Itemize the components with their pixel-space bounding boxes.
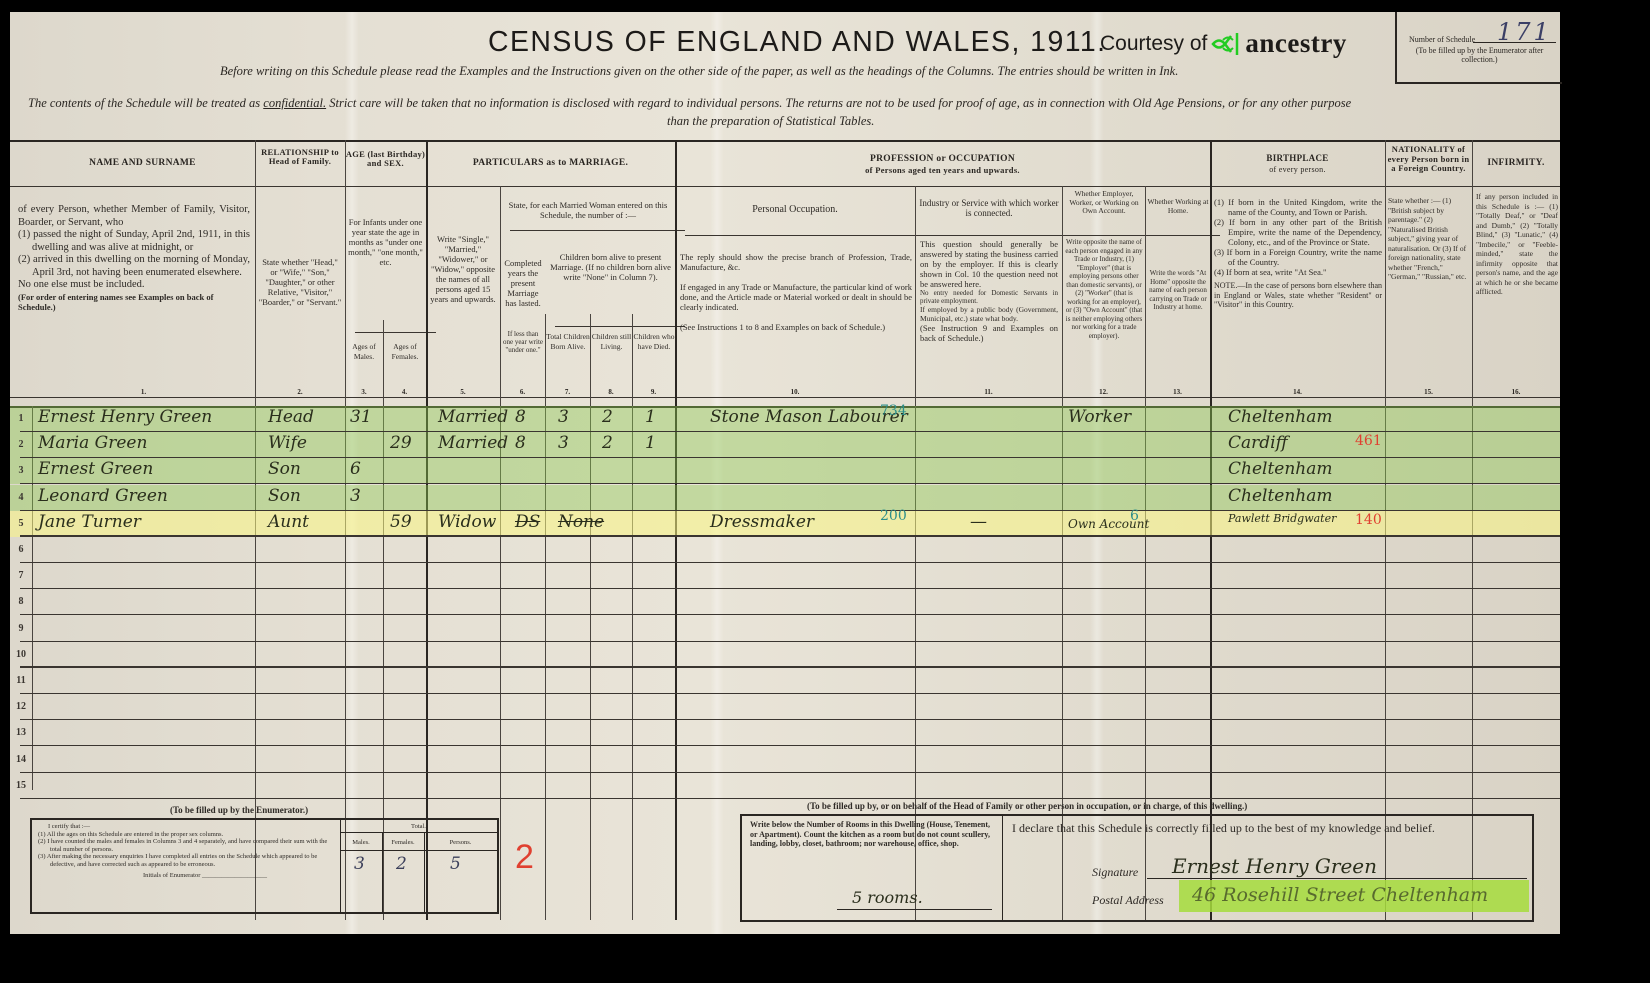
table-row: 9 [10, 616, 1560, 642]
completed-years-label: Completed years the present Marriage has… [502, 258, 544, 308]
children-died-label: Children who have Died. [633, 332, 675, 352]
page-title: CENSUS OF ENGLAND AND WALES, 1911. [488, 26, 1107, 59]
relationship-instructions: State whether "Head," or "Wife," "Son," … [258, 257, 342, 307]
total-persons-value: 5 [450, 854, 461, 874]
table-row: 4Leonard GreenSon3Cheltenham [10, 485, 1560, 511]
col-num-16: 16. [1472, 388, 1560, 396]
industry-instructions: This question should generally be answer… [920, 239, 1058, 343]
col-heading-relationship: RELATIONSHIP to Head of Family. [255, 148, 345, 166]
table-row: 13 [10, 720, 1560, 746]
col-heading-infirmity: INFIRMITY. [1472, 158, 1560, 169]
col-heading-marriage: PARTICULARS as to MARRIAGE. [426, 158, 675, 169]
personal-occupation-instructions: The reply should show the precise branch… [680, 252, 912, 332]
courtesy-ancestry[interactable]: Courtesy of ancestry [1100, 28, 1347, 59]
cell-years: 8 [515, 407, 526, 427]
col-num-12: 12. [1062, 388, 1145, 396]
cell-rel: Son [268, 486, 301, 506]
cell-bp-code: 140 [1355, 512, 1382, 528]
declaration-text: I declare that this Schedule is correctl… [1012, 822, 1435, 835]
ancestry-logo: ancestry [1245, 28, 1346, 59]
cell-years: DS [515, 512, 540, 532]
cell-died: 1 [645, 407, 656, 427]
ancestry-leaf-icon [1211, 31, 1241, 57]
row-number: 6 [10, 544, 32, 555]
head-of-family-box: Write below the Number of Rooms in this … [740, 814, 1534, 922]
cell-employer: Worker [1068, 407, 1131, 427]
row-number: 1 [10, 413, 32, 424]
enumerator-box: I certify that :— (1) All the ages on th… [30, 818, 499, 914]
total-females-value: 2 [396, 854, 407, 874]
confidential-line-2: than the preparation of Statistical Tabl… [667, 114, 874, 129]
col-heading-nationality: NATIONALITY of every Person born in a Fo… [1385, 145, 1472, 174]
row-number: 3 [10, 465, 32, 476]
cell-years: 8 [515, 433, 526, 453]
postal-address-label: Postal Address [1092, 894, 1164, 907]
cell-name: Jane Turner [38, 512, 141, 532]
cell-age-m: 3 [350, 486, 361, 506]
cell-name: Leonard Green [38, 486, 168, 506]
schedule-number-label: Number of Schedule [1409, 35, 1475, 44]
cell-living: 2 [602, 433, 613, 453]
marital-instructions: Write "Single," "Married," "Widower," or… [428, 234, 498, 304]
table-row: 3Ernest GreenSon6Cheltenham [10, 458, 1560, 484]
rooms-instructions: Write below the Number of Rooms in this … [750, 820, 990, 849]
signature-value: Ernest Henry Green [1172, 854, 1377, 878]
birthplace-instructions: (1) If born in the United Kingdom, write… [1214, 197, 1382, 310]
confidential-word: confidential. [263, 96, 326, 110]
table-row: 2Maria GreenWife29Married8321Cardiff461 [10, 432, 1560, 458]
schedule-number-value: 171 [1497, 18, 1552, 46]
cell-marital: Married [438, 407, 508, 427]
col-num-5: 5. [426, 388, 500, 396]
row-number: 15 [10, 780, 32, 791]
postal-address-value: 46 Rosehill Street Cheltenham [1192, 884, 1488, 906]
home-label: Whether Working at Home. [1147, 198, 1209, 215]
children-living-label: Children still Living. [591, 332, 632, 352]
cell-age-f: 59 [390, 512, 412, 532]
head-of-family-heading: (To be filled up by, or on behalf of the… [807, 800, 1247, 813]
total-males-value: 3 [354, 854, 365, 874]
cell-occupation: Stone Mason Labourer [710, 407, 908, 427]
cell-age-f: 29 [390, 433, 412, 453]
cell-bp-code: 461 [1355, 433, 1382, 449]
cell-emp-code: 6 [1130, 508, 1139, 524]
cell-occ-code: 200 [880, 508, 907, 524]
instruction-line: Before writing on this Schedule please r… [220, 64, 1178, 79]
table-row: 5Jane TurnerAunt59WidowDSNoneDressmaker2… [10, 511, 1560, 537]
industry-label: Industry or Service with which worker is… [918, 198, 1060, 218]
courtesy-text: Courtesy of [1100, 32, 1207, 56]
cell-birthplace: Cheltenham [1228, 407, 1333, 427]
row-number: 5 [10, 518, 32, 529]
table-row: 11 [10, 668, 1560, 694]
row-number: 7 [10, 570, 32, 581]
employer-instructions: Write opposite the name of each person e… [1064, 238, 1144, 340]
table-row: 12 [10, 694, 1560, 720]
age-instructions: For Infants under one year state the age… [347, 217, 424, 267]
total-label: Total. [340, 822, 497, 832]
signature-label: Signature [1092, 866, 1138, 879]
row-number: 14 [10, 754, 32, 765]
cell-rel: Head [268, 407, 314, 427]
col-num-11: 11. [915, 388, 1062, 396]
cell-name: Ernest Green [38, 459, 153, 479]
col-num-4: 4. [383, 388, 426, 396]
col-num-1: 1. [32, 388, 255, 396]
cell-birthplace: Pawlett Bridgwater [1228, 512, 1336, 525]
cell-occ-code: 734 [880, 403, 907, 419]
col-heading-occupation: PROFESSION or OCCUPATION of Persons aged… [675, 154, 1210, 176]
personal-occupation-label: Personal Occupation. [675, 204, 915, 217]
row-number: 12 [10, 701, 32, 712]
schedule-number-box: Number of Schedule 171 (To be filled up … [1395, 12, 1562, 84]
age-females-label: Ages of Females. [385, 342, 425, 362]
completed-years-note: If less than one year write "under one." [502, 330, 544, 354]
table-row: 14 [10, 747, 1560, 773]
row-number: 13 [10, 727, 32, 738]
cell-rel: Son [268, 459, 301, 479]
row-number: 2 [10, 439, 32, 450]
total-children-label: Total Children Born Alive. [546, 332, 590, 352]
col-num-10: 10. [675, 388, 915, 396]
col-num-13: 13. [1145, 388, 1210, 396]
cell-age-m: 6 [350, 459, 361, 479]
rooms-value: 5 rooms. [852, 888, 923, 907]
col-num-2: 2. [255, 388, 345, 396]
col-heading-age: AGE (last Birthday) and SEX. [345, 150, 426, 168]
col-num-14: 14. [1210, 388, 1385, 396]
table-row: 15 [10, 773, 1560, 799]
cell-living: 2 [602, 407, 613, 427]
col-num-7: 7. [545, 388, 590, 396]
table-row: 7 [10, 563, 1560, 589]
schedule-number-note: (To be filled up by the Enumerator after… [1403, 46, 1556, 64]
cell-birthplace: Cheltenham [1228, 459, 1333, 479]
females-label: Females. [382, 838, 424, 848]
row-number: 10 [10, 649, 32, 660]
confidential-line: The contents of the Schedule will be tre… [28, 96, 1351, 111]
enumerator-heading: (To be filled up by the Enumerator.) [170, 804, 308, 817]
census-schedule-page: CENSUS OF ENGLAND AND WALES, 1911. Court… [10, 12, 1560, 934]
cell-birthplace: Cardiff [1228, 433, 1288, 453]
col-num-15: 15. [1385, 388, 1472, 396]
infirmity-instructions: If any person included in this Schedule … [1476, 192, 1558, 297]
nationality-instructions: State whether :— (1) "British subject by… [1388, 196, 1470, 282]
col-heading-birthplace: BIRTHPLACE of every person. [1210, 153, 1385, 175]
table-row: 6 [10, 537, 1560, 563]
cell-industry: — [970, 512, 987, 532]
row-number: 11 [10, 675, 32, 686]
cell-rel: Aunt [268, 512, 309, 532]
enumerator-annotation: 2 [515, 838, 534, 877]
col-num-3: 3. [345, 388, 383, 396]
cell-total: 3 [558, 433, 569, 453]
row-number: 8 [10, 596, 32, 607]
cell-rel: Wife [268, 433, 307, 453]
age-males-label: Ages of Males. [346, 342, 382, 362]
col-num-6: 6. [500, 388, 545, 396]
married-woman-instructions: State, for each Married Woman entered on… [504, 200, 672, 220]
name-instructions: of every Person, whether Member of Famil… [18, 204, 250, 312]
employer-label: Whether Employer, Worker, or Working on … [1064, 190, 1144, 216]
enumerator-certification: I certify that :— (1) All the ages on th… [38, 823, 338, 880]
table-row: 10 [10, 642, 1560, 668]
home-instructions: Write the words "At Home" opposite the n… [1147, 269, 1209, 312]
cell-marital: Widow [438, 512, 496, 532]
children-born-instructions: Children born alive to present Marriage.… [548, 252, 673, 282]
col-heading-name: NAME AND SURNAME [30, 158, 255, 169]
table-row: 8 [10, 589, 1560, 615]
table-row: 1Ernest Henry GreenHead31Married8321Ston… [10, 406, 1560, 432]
row-number: 9 [10, 623, 32, 634]
cell-died: 1 [645, 433, 656, 453]
cell-occupation: Dressmaker [710, 512, 814, 532]
col-num-9: 9. [632, 388, 675, 396]
cell-marital: Married [438, 433, 508, 453]
row-number: 4 [10, 492, 32, 503]
cell-total: 3 [558, 407, 569, 427]
cell-name: Ernest Henry Green [38, 407, 212, 427]
males-label: Males. [340, 838, 382, 848]
persons-label: Persons. [424, 838, 497, 848]
cell-birthplace: Cheltenham [1228, 486, 1333, 506]
cell-total: None [558, 512, 604, 532]
cell-age-m: 31 [350, 407, 372, 427]
cell-name: Maria Green [38, 433, 147, 453]
col-num-8: 8. [590, 388, 632, 396]
